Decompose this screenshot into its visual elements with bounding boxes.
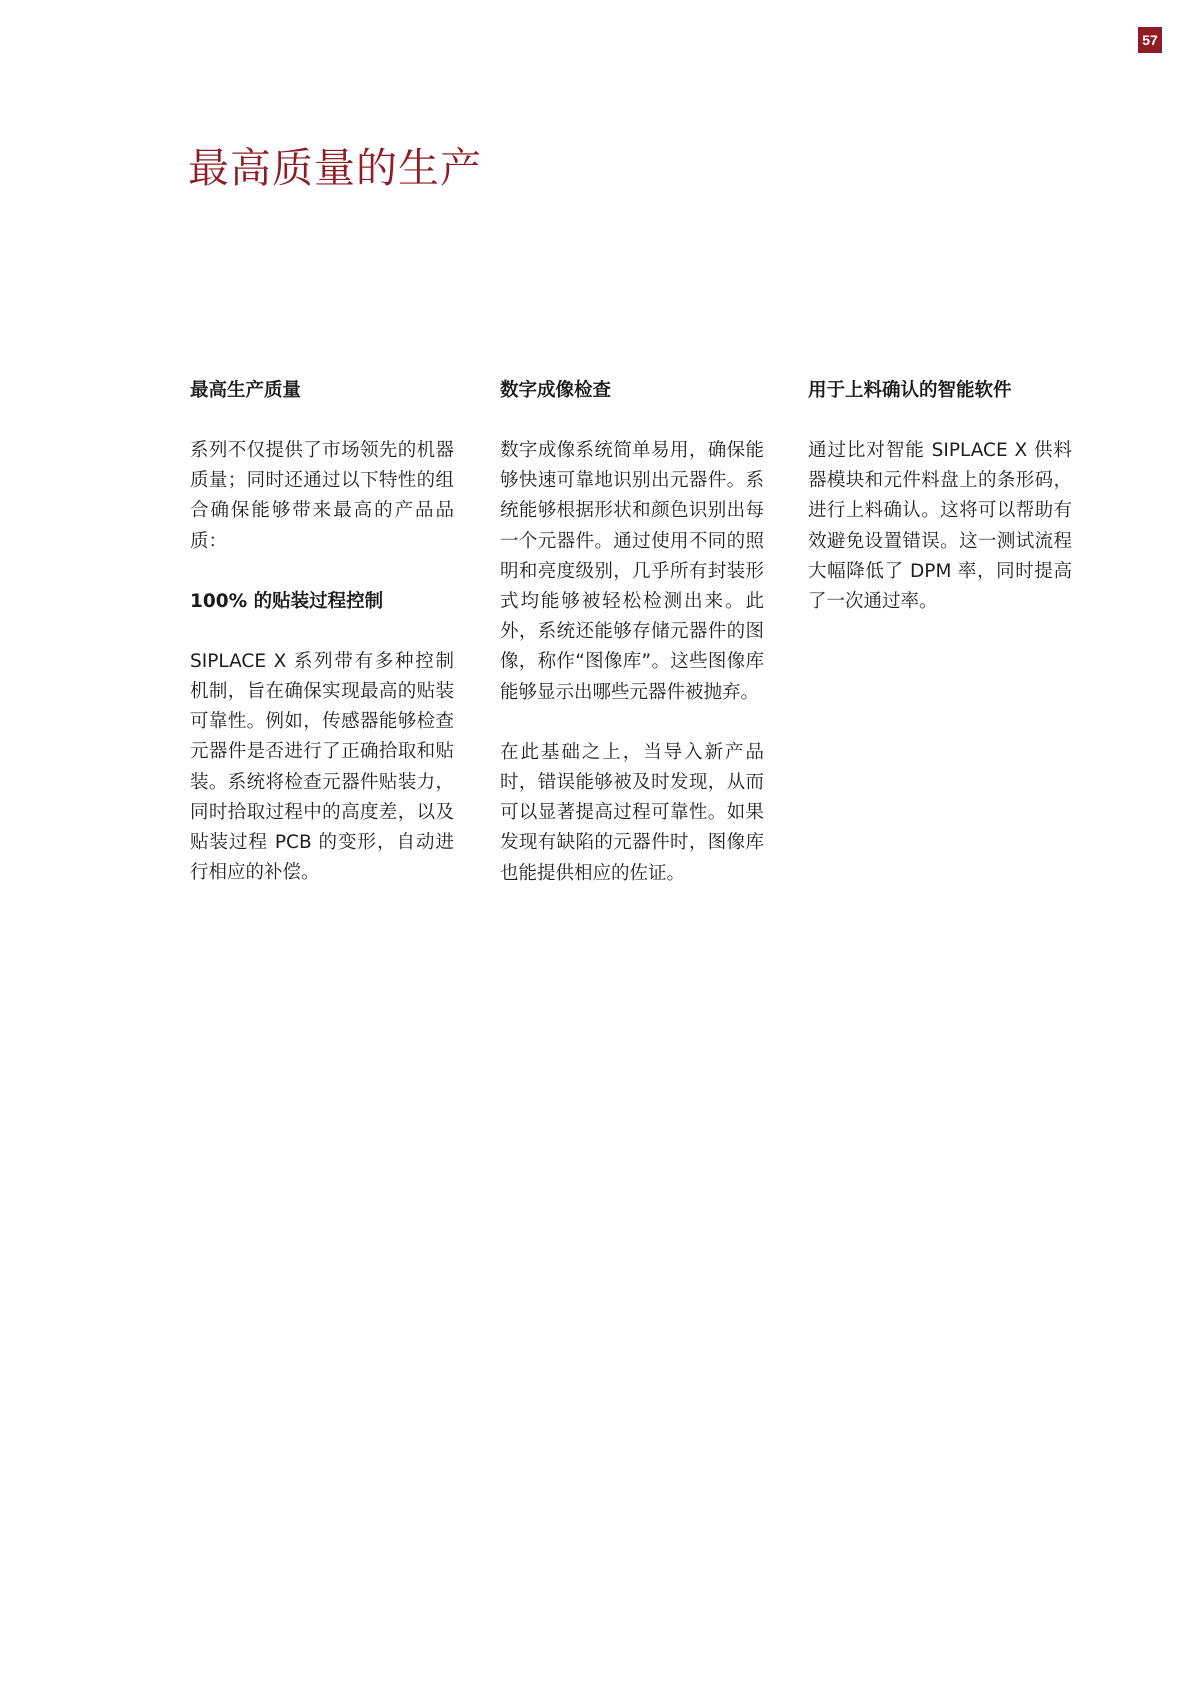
subsection-heading: 100% 的贴装过程控制	[190, 587, 454, 617]
section-heading: 用于上料确认的智能软件	[808, 376, 1072, 406]
section-heading: 数字成像检查	[500, 376, 764, 406]
spacer	[190, 617, 454, 647]
column-digital-imaging: 数字成像检查 数字成像系统简单易用，确保能够快速可靠地识别出元器件。系统能够根据…	[500, 376, 764, 889]
spacer	[190, 406, 454, 436]
column-production-quality: 最高生产质量 系列不仅提供了市场领先的机器质量；同时还通过以下特性的组合确保能够…	[190, 376, 454, 888]
spacer	[808, 406, 1072, 436]
spacer	[190, 557, 454, 587]
body-paragraph: 系列不仅提供了市场领先的机器质量；同时还通过以下特性的组合确保能够带来最高的产品…	[190, 436, 454, 557]
body-paragraph: 在此基础之上，当导入新产品时，错误能够被及时发现，从而可以显著提高过程可靠性。如…	[500, 738, 764, 889]
spacer	[500, 406, 764, 436]
page-title: 最高质量的生产	[188, 142, 482, 194]
body-paragraph: 数字成像系统简单易用，确保能够快速可靠地识别出元器件。系统能够根据形状和颜色识别…	[500, 436, 764, 708]
column-smart-software: 用于上料确认的智能软件 通过比对智能 SIPLACE X 供料器模块和元件料盘上…	[808, 376, 1072, 617]
body-paragraph: SIPLACE X 系列带有多种控制机制，旨在确保实现最高的贴装可靠性。例如，传…	[190, 647, 454, 889]
section-heading: 最高生产质量	[190, 376, 454, 406]
spacer	[500, 708, 764, 738]
page-number-badge: 57	[1138, 27, 1162, 53]
body-paragraph: 通过比对智能 SIPLACE X 供料器模块和元件料盘上的条形码，进行上料确认。…	[808, 436, 1072, 617]
